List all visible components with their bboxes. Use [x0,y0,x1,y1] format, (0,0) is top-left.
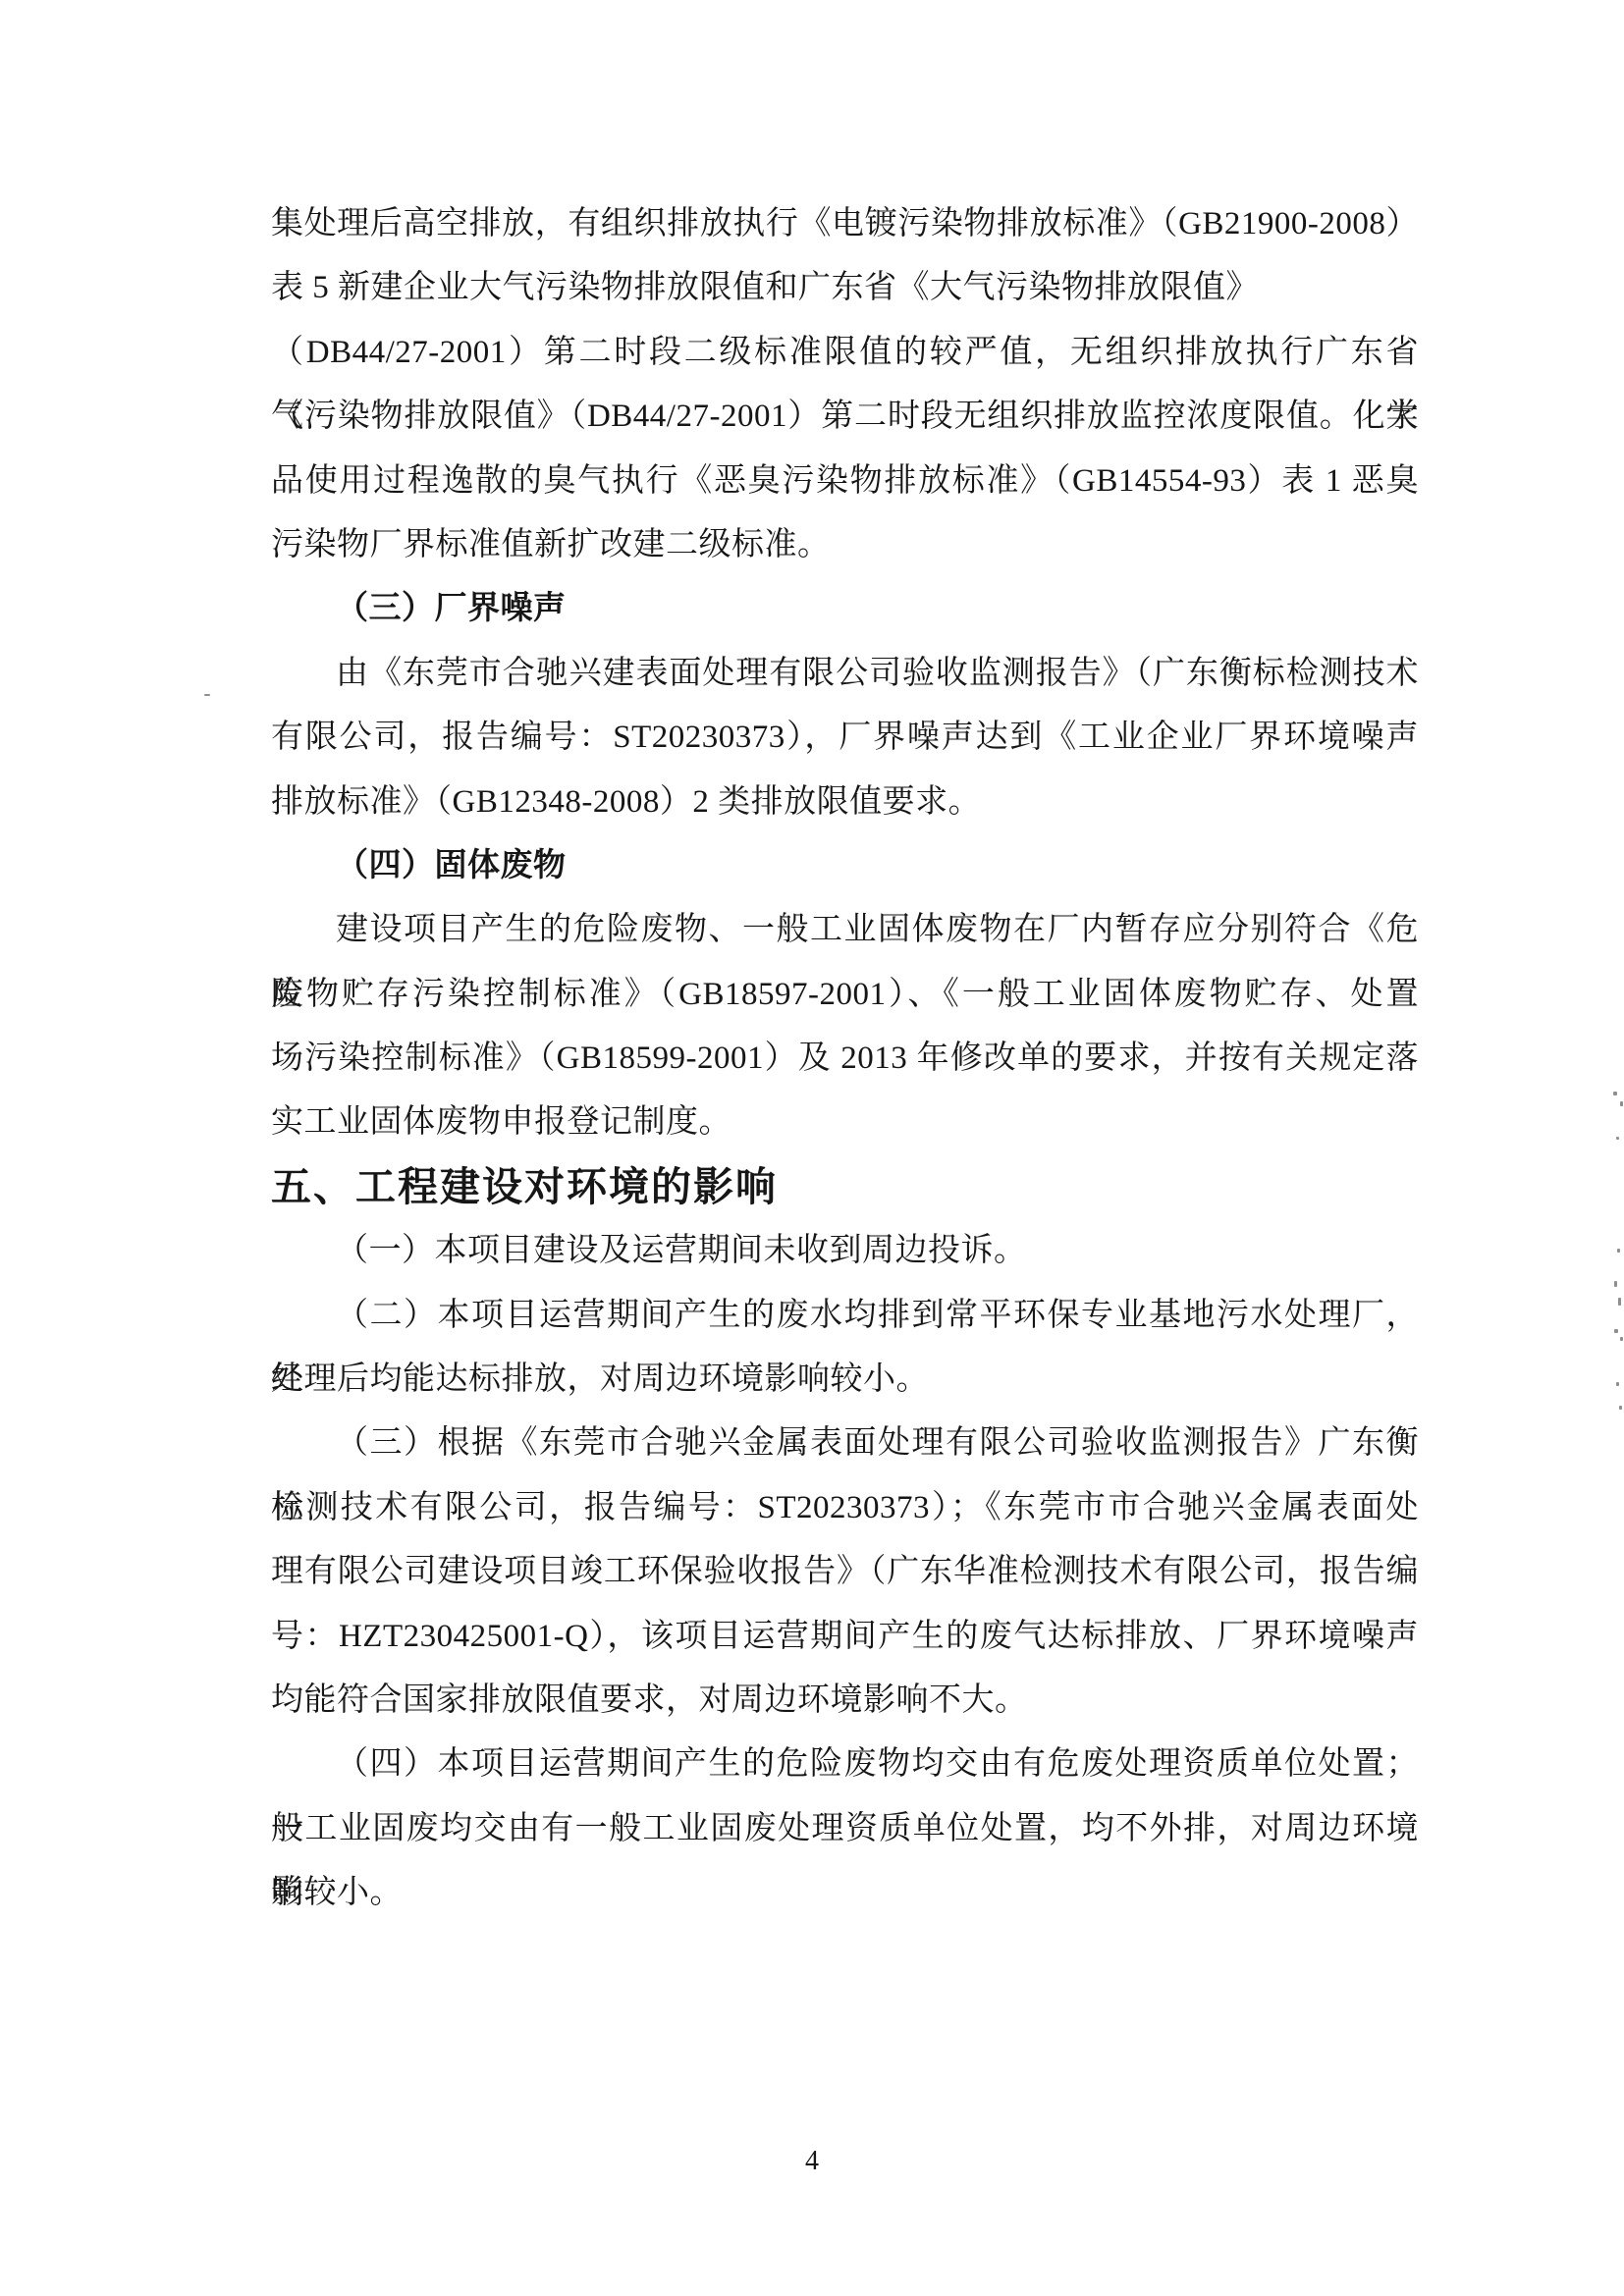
text-line: 响较小。 [271,1861,1419,1925]
section-heading: 五、工程建设对环境的影响 [271,1155,1419,1219]
text-line: 检测技术有限公司，报告编号：ST20230373）；《东莞市市合驰兴金属表面处 [271,1476,1419,1540]
text-line: 建设项目产生的危险废物、一般工业固体废物在厂内暂存应分别符合《危险 [271,898,1419,962]
text-line: 废物贮存污染控制标准》（GB18597-2001）、《一般工业固体废物贮存、处置 [271,963,1419,1027]
scan-artifact [1619,1406,1622,1410]
text-line: 均能符合国家排放限值要求，对周边环境影响不大。 [271,1669,1419,1733]
text-line: 般工业固废均交由有一般工业固废处理资质单位处置，均不外排，对周边环境影 [271,1797,1419,1861]
text-line: （三）根据《东莞市合驰兴金属表面处理有限公司验收监测报告》广东衡标 [271,1412,1419,1475]
scan-artifact [1618,1298,1621,1306]
page-number: 4 [0,2142,1624,2181]
text-line: （四）本项目运营期间产生的危险废物均交由有危废处理资质单位处置；一 [271,1733,1419,1796]
scan-artifact [1616,1137,1619,1140]
scan-artifact [204,694,210,696]
scan-artifact [1617,1249,1620,1253]
text-line: 污染物厂界标准值新扩改建二级标准。 [271,513,1419,577]
text-line: 排放标准》（GB12348-2008）2 类排放限值要求。 [271,771,1419,834]
text-line: 由《东莞市合驰兴建表面处理有限公司验收监测报告》（广东衡标检测技术 [271,642,1419,706]
scan-artifact [1620,1101,1623,1106]
text-line: 气污染物排放限值》（DB44/27-2001）第二时段无组织排放监控浓度限值。化… [271,385,1419,449]
text-line: 品使用过程逸散的臭气执行《恶臭污染物排放标准》（GB14554-93）表 1 恶… [271,450,1419,513]
text-line: 有限公司，报告编号：ST20230373），厂界噪声达到《工业企业厂界环境噪声 [271,706,1419,770]
text-line: 理有限公司建设项目竣工环保验收报告》（广东华准检测技术有限公司，报告编 [271,1540,1419,1604]
scan-artifact [1613,1092,1617,1095]
text-line: 处理后均能达标排放，对周边环境影响较小。 [271,1348,1419,1412]
text-line: 场污染控制标准》（GB18599-2001）及 2013 年修改单的要求，并按有… [271,1027,1419,1091]
document-page: 集处理后高空排放，有组织排放执行《电镀污染物排放标准》（GB21900-2008… [0,0,1624,2296]
scan-artifact [1614,1329,1618,1333]
text-line: 集处理后高空排放，有组织排放执行《电镀污染物排放标准》（GB21900-2008… [271,192,1419,256]
text-line: 实工业固体废物申报登记制度。 [271,1091,1419,1154]
text-line: 号：HZT230425001-Q），该项目运营期间产生的废气达标排放、厂界环境噪… [271,1605,1419,1669]
text-line: 表 5 新建企业大气污染物排放限值和广东省《大气污染物排放限值》 [271,256,1419,320]
subsection-heading: （四）固体废物 [271,834,1419,898]
document-text-column: 集处理后高空排放，有组织排放执行《电镀污染物排放标准》（GB21900-2008… [271,192,1419,1926]
text-line: （一）本项目建设及运营期间未收到周边投诉。 [271,1219,1419,1283]
text-line: （二）本项目运营期间产生的废水均排到常平环保专业基地污水处理厂，经 [271,1284,1419,1348]
scan-artifact [1620,1337,1623,1341]
scan-artifact [1616,1382,1619,1386]
scan-artifact [1614,1281,1617,1287]
subsection-heading: （三）厂界噪声 [271,577,1419,641]
text-line: （DB44/27-2001）第二时段二级标准限值的较严值，无组织排放执行广东省《… [271,321,1419,385]
